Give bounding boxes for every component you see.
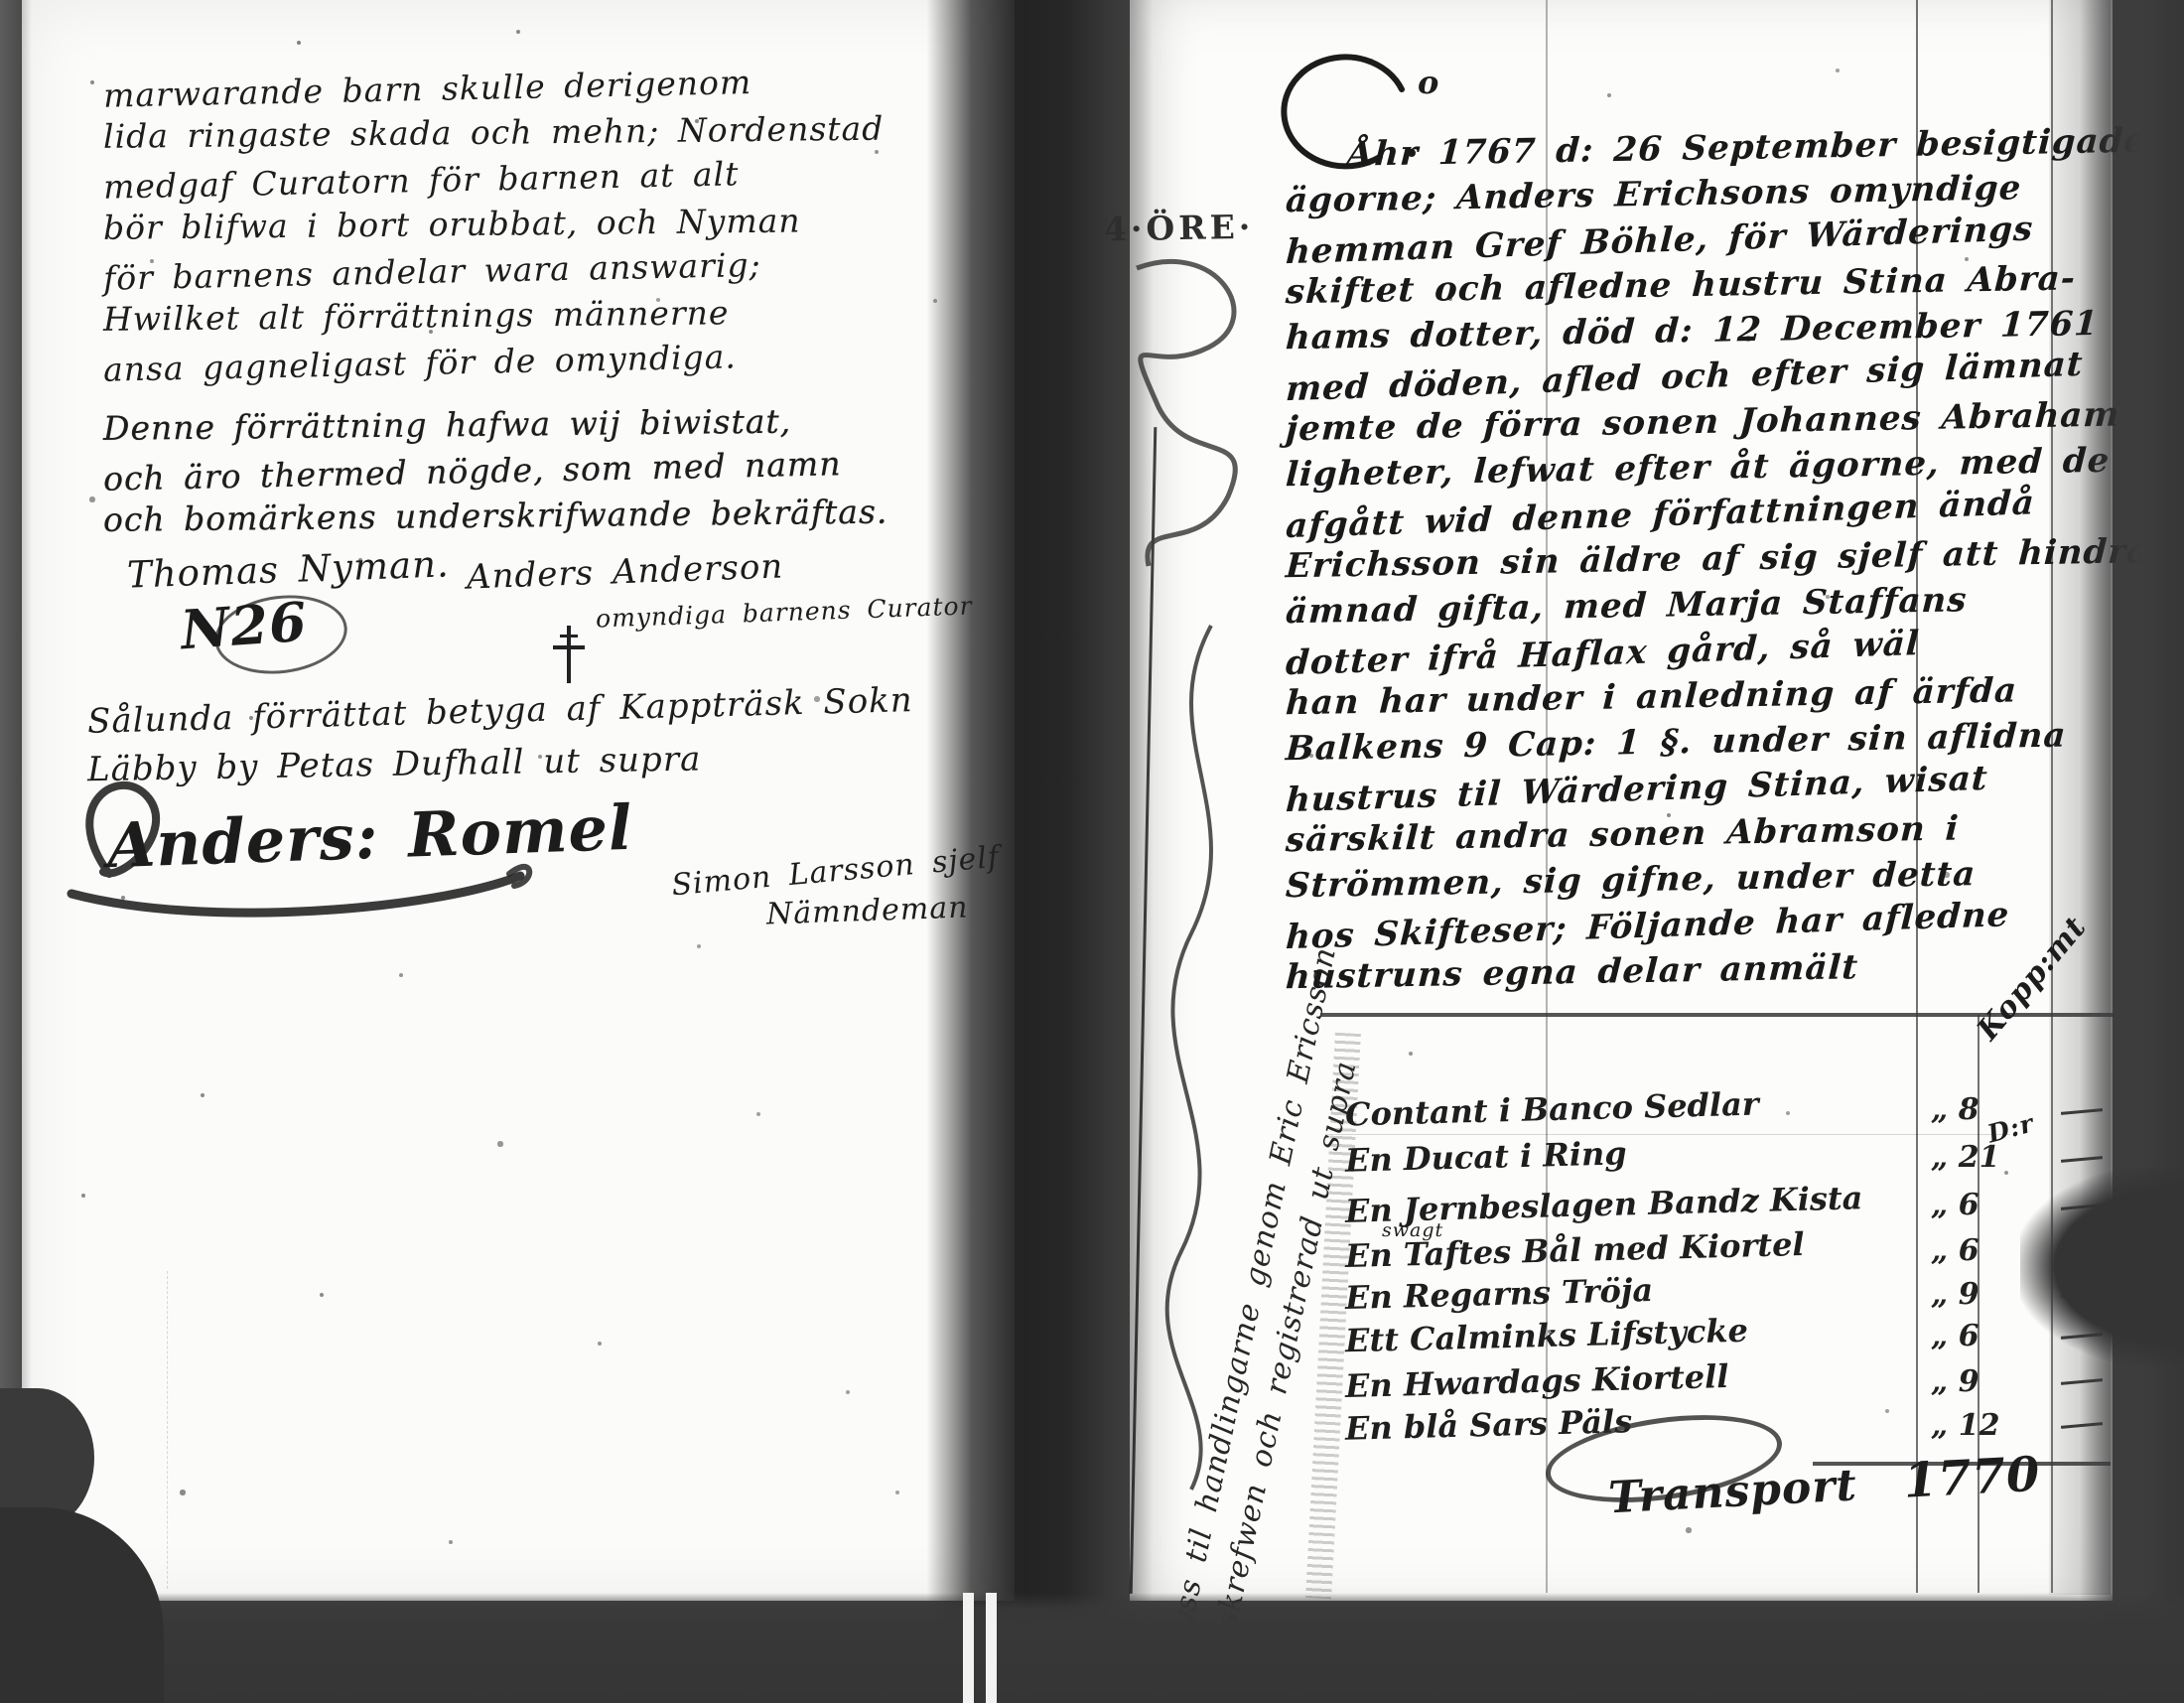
scan-right-edge: [2080, 0, 2184, 1703]
table-row-amount: 9: [1931, 1364, 1979, 1399]
transport-value: 1770: [1902, 1447, 2041, 1509]
table-row-amount: 6: [1931, 1319, 1979, 1353]
revenue-stamp-text: 4·ÖRE·: [1104, 208, 1255, 249]
bomarke-cross-icon: [552, 626, 586, 685]
table-row-amount: 6: [1931, 1188, 1979, 1222]
ink-specks-left: [0, 0, 2, 2]
right-page-text-block: Åhr 1767 d: 26 September besigtigades äg…: [1286, 125, 2115, 993]
table-row-item: En Ducat i Ring: [1345, 1134, 1628, 1179]
manuscript-scan: marwarande barn skulle derigenom lida ri…: [0, 0, 2184, 1703]
ink-specks-right: [1191, 0, 1193, 2]
gutter-white-dash: [986, 1593, 997, 1703]
table-row-item: En Regarns Tröja: [1345, 1271, 1654, 1317]
left-page-text-block: marwarande barn skulle derigenom lida ri…: [103, 64, 1026, 538]
section-mark-o: o: [1418, 64, 1439, 101]
table-row-amount: 12: [1931, 1408, 1999, 1443]
scan-right-blob: [2020, 1167, 2184, 1365]
scan-bottom-edge: [0, 1593, 2184, 1703]
table-row-amount: 6: [1931, 1233, 1979, 1268]
table-row-amount: 8: [1931, 1092, 1979, 1127]
text-line: och bomärkens underskrifwande bekräftas.: [103, 488, 1026, 543]
act-number-mark: N26: [179, 590, 310, 662]
table-row-amount: 9: [1931, 1277, 1979, 1312]
table-row-rule: [1325, 1134, 2010, 1135]
table-row-amount: 21: [1931, 1140, 1999, 1175]
stamp-flourish-ornament: [1077, 256, 1286, 584]
left-page-crease: [167, 1271, 168, 1589]
gutter-white-dash: [963, 1593, 974, 1703]
